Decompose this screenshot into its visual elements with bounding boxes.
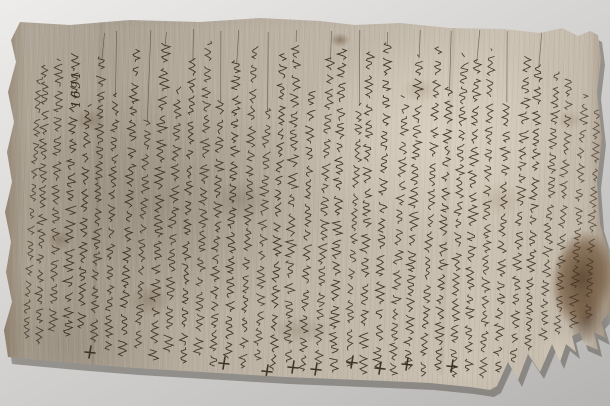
margin-cross-mark [402, 358, 412, 370]
handwriting-line [105, 93, 119, 350]
line-trailing-stroke [116, 31, 117, 97]
line-trailing-stroke [268, 32, 269, 112]
handwriting-line [180, 58, 196, 363]
margin-cross-mark [311, 363, 321, 375]
line-trailing-stroke [331, 31, 332, 60]
handwriting-line [135, 120, 151, 348]
line-trailing-stroke [419, 30, 420, 58]
handwriting-line [450, 53, 468, 377]
handwriting-line [118, 50, 139, 357]
handwriting-line [570, 94, 588, 328]
handwriting-line [24, 77, 42, 338]
margin-cross-mark [219, 357, 229, 369]
handwriting-line [239, 47, 258, 368]
handwriting-line [330, 49, 347, 372]
handwriting-line [284, 46, 300, 363]
handwriting-line [421, 47, 442, 376]
handwriting-line [510, 57, 531, 363]
handwriting-line [91, 57, 106, 342]
handwriting-line [49, 59, 63, 331]
handwriting-line [254, 109, 270, 360]
date-text: 1691 [69, 69, 83, 108]
margin-cross-mark [347, 356, 357, 368]
handwriting-line [346, 103, 362, 366]
line-trailing-stroke [539, 32, 542, 66]
handwriting-line [299, 91, 315, 371]
handwriting-line [359, 52, 374, 374]
handwriting-line [465, 60, 481, 372]
line-trailing-stroke [477, 30, 480, 62]
line-trailing-stroke [193, 29, 194, 60]
photo-of-manuscript: 1691 [0, 0, 610, 406]
line-trailing-stroke [102, 33, 105, 60]
handwriting-line [435, 87, 453, 370]
line-trailing-stroke [237, 30, 239, 64]
handwriting-line [164, 87, 182, 352]
handwriting-line [390, 96, 409, 375]
line-trailing-stroke [147, 30, 151, 122]
handwriting-line [404, 55, 423, 369]
handwriting-line [270, 54, 287, 370]
handwriting-line [586, 110, 600, 318]
line-trailing-stroke [165, 32, 167, 47]
margin-cross-mark [375, 362, 385, 374]
handwriting-line [480, 49, 495, 378]
handwriting-line [35, 65, 49, 344]
manuscript-paper: 1691 [0, 0, 610, 406]
line-trailing-stroke [450, 31, 452, 90]
handwriting-line [78, 105, 91, 328]
margin-cross-mark [579, 350, 589, 362]
margin-cross-mark [85, 346, 95, 358]
handwriting-line [373, 43, 391, 368]
handwriting-line [149, 43, 170, 360]
margin-cross-mark [288, 361, 298, 373]
line-trailing-stroke [359, 30, 360, 106]
handwriting-line [494, 104, 510, 372]
handwriting-line [224, 61, 241, 358]
handwriting-line [194, 41, 212, 355]
handwriting-line [210, 100, 224, 366]
ink-layer: 1691 [0, 0, 610, 406]
